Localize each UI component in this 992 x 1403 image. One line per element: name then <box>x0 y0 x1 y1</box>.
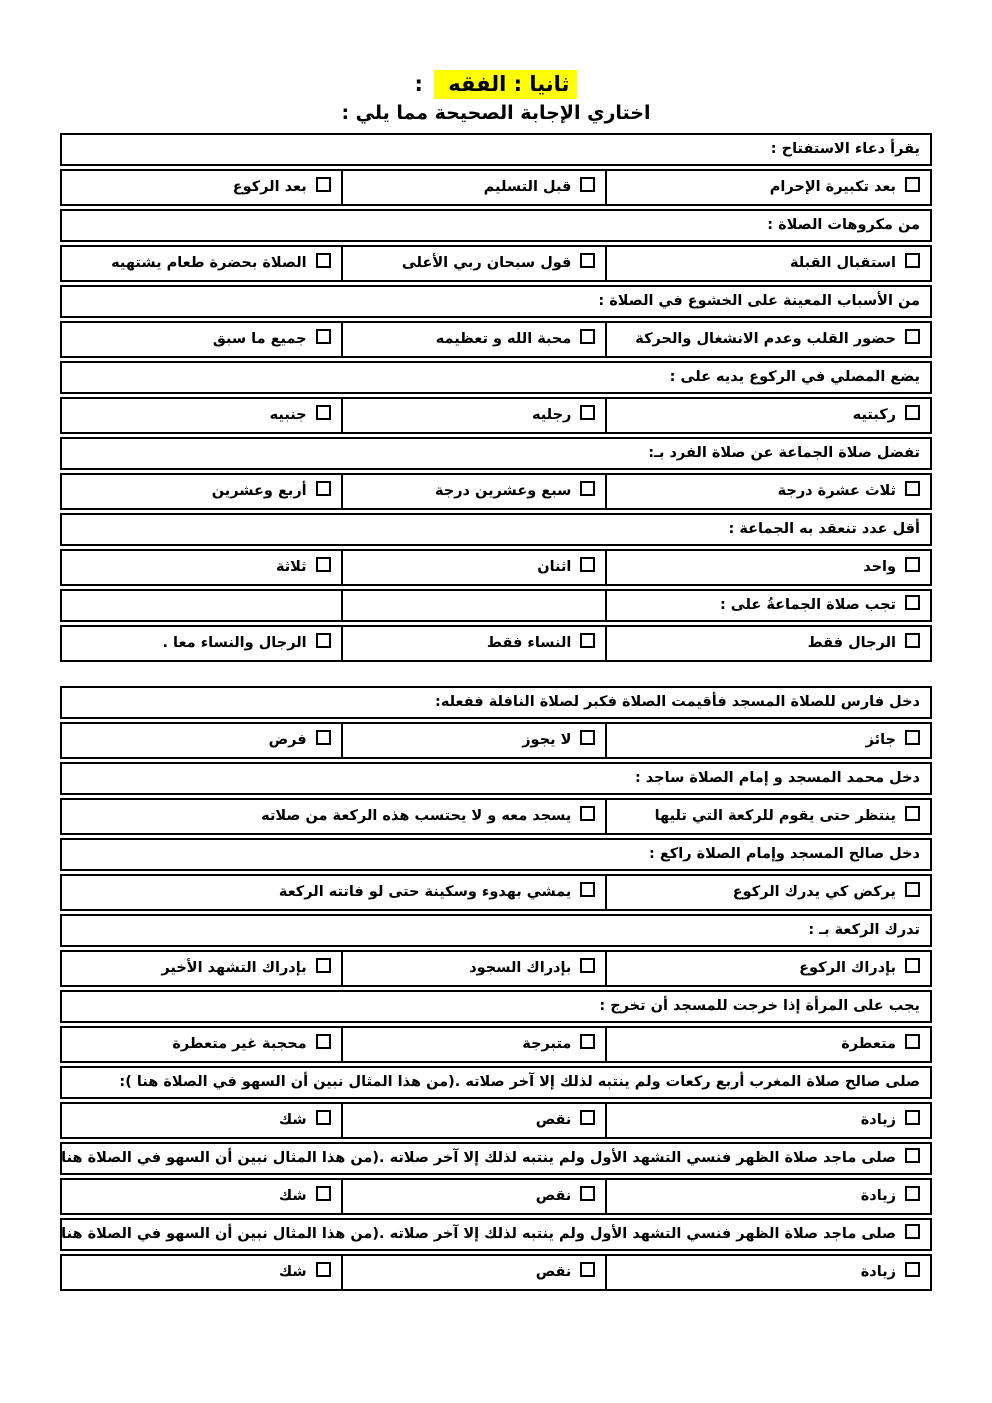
question-cell: من الأسباب المعينة على الخشوع في الصلاة … <box>62 287 930 316</box>
answer-option: يمشي بهدوء وسكينة حتى لو فاتته الركعة <box>62 876 605 909</box>
checkbox-icon[interactable] <box>905 1262 920 1277</box>
checkbox-icon[interactable] <box>580 557 595 572</box>
answer-label: متعطرة <box>841 1036 896 1052</box>
answer-option: جنبيه <box>62 399 341 432</box>
checkbox-icon[interactable] <box>905 177 920 192</box>
question-cell: تدرك الركعة بـ : <box>62 916 930 945</box>
answer-option: يسجد معه و لا يحتسب هذه الركعة من صلاته <box>62 800 605 833</box>
answers-row: زيادةنقصشك <box>60 1178 932 1215</box>
answer-option: ثلاث عشرة درجة <box>605 475 930 508</box>
question-cell: دخل فارس للصلاة المسجد فأقيمت الصلاة فكب… <box>62 688 930 717</box>
checkbox-icon[interactable] <box>580 730 595 745</box>
checkbox-icon[interactable] <box>316 557 331 572</box>
answers-row: حضور القلب وعدم الانشغال والحركةمحبة الل… <box>60 321 932 358</box>
checkbox-icon[interactable] <box>905 595 920 610</box>
checkbox-icon[interactable] <box>316 1110 331 1125</box>
answer-option: أربع وعشرين <box>62 475 341 508</box>
answer-label: واحد <box>863 559 896 575</box>
question-text: صلى صالح صلاة المغرب أربع ركعات ولم ينتب… <box>119 1074 920 1090</box>
answer-option: حضور القلب وعدم الانشغال والحركة <box>605 323 930 356</box>
answer-option: لا يجوز <box>341 724 606 757</box>
question-text: تدرك الركعة بـ : <box>808 922 920 938</box>
question-row: يضع المصلي في الركوع يديه على : <box>60 361 932 394</box>
answer-option: نقص <box>341 1256 606 1289</box>
quiz-table-2: دخل فارس للصلاة المسجد فأقيمت الصلاة فكب… <box>60 686 932 1291</box>
answer-label: ركبتيه <box>853 407 896 423</box>
answers-row: جائزلا يجوزفرض <box>60 722 932 759</box>
checkbox-icon[interactable] <box>580 177 595 192</box>
answer-label: سبع وعشرين درجة <box>435 483 571 499</box>
checkbox-icon[interactable] <box>316 177 331 192</box>
checkbox-icon[interactable] <box>580 1034 595 1049</box>
question-cell: دخل صالح المسجد وإمام الصلاة راكع : <box>62 840 930 869</box>
question-text: يجب على المرأة إذا خرجت للمسجد أن تخرج : <box>599 998 920 1014</box>
checkbox-icon[interactable] <box>905 1224 920 1239</box>
answer-option: جائز <box>605 724 930 757</box>
checkbox-icon[interactable] <box>580 329 595 344</box>
checkbox-icon[interactable] <box>580 481 595 496</box>
checkbox-icon[interactable] <box>316 633 331 648</box>
question-cell: تجب صلاة الجماعةُ على : <box>605 591 930 620</box>
question-row: دخل محمد المسجد و إمام الصلاة ساجد : <box>60 762 932 795</box>
checkbox-icon[interactable] <box>580 958 595 973</box>
answer-option: فرض <box>62 724 341 757</box>
answer-label: الرجال فقط <box>808 635 896 651</box>
question-cell: يقرأ دعاء الاستفتاح : <box>62 135 930 164</box>
question-cell: من مكروهات الصلاة : <box>62 211 930 240</box>
answer-option: شك <box>62 1180 341 1213</box>
checkbox-icon[interactable] <box>905 806 920 821</box>
question-text: يقرأ دعاء الاستفتاح : <box>771 141 920 157</box>
answer-option: متعطرة <box>605 1028 930 1061</box>
question-row: من مكروهات الصلاة : <box>60 209 932 242</box>
checkbox-icon[interactable] <box>316 1034 331 1049</box>
checkbox-icon[interactable] <box>905 882 920 897</box>
question-cell: صلى صالح صلاة المغرب أربع ركعات ولم ينتب… <box>62 1068 930 1097</box>
question-row: تجب صلاة الجماعةُ على : <box>60 589 932 622</box>
answer-label: استقبال القبلة <box>790 255 896 271</box>
answer-label: شك <box>279 1112 307 1128</box>
question-row: دخل صالح المسجد وإمام الصلاة راكع : <box>60 838 932 871</box>
answer-label: زيادة <box>861 1264 896 1280</box>
checkbox-icon[interactable] <box>580 253 595 268</box>
answer-option: بإدراك التشهد الأخير <box>62 952 341 985</box>
answer-label: يسجد معه و لا يحتسب هذه الركعة من صلاته <box>261 808 571 824</box>
answers-row: بإدراك الركوعبإدراك السجودبإدراك التشهد … <box>60 950 932 987</box>
answer-label: نقص <box>536 1112 572 1128</box>
question-text: أقل عدد تنعقد به الجماعة : <box>729 521 921 537</box>
checkbox-icon[interactable] <box>905 958 920 973</box>
answer-label: متبرجة <box>522 1036 571 1052</box>
empty-cell <box>341 591 606 620</box>
answer-option: محبة الله و تعظيمه <box>341 323 606 356</box>
checkbox-icon[interactable] <box>905 1186 920 1201</box>
checkbox-icon[interactable] <box>316 481 331 496</box>
question-row: يجب على المرأة إذا خرجت للمسجد أن تخرج : <box>60 990 932 1023</box>
answer-option: استقبال القبلة <box>605 247 930 280</box>
answer-label: بإدراك التشهد الأخير <box>161 960 306 976</box>
answers-row: واحداثنانثلاثة <box>60 549 932 586</box>
answer-label: لا يجوز <box>522 732 571 748</box>
answers-row: يركض كي يدرك الركوعيمشي بهدوء وسكينة حتى… <box>60 874 932 911</box>
checkbox-icon[interactable] <box>905 1110 920 1125</box>
question-row: صلى صالح صلاة المغرب أربع ركعات ولم ينتب… <box>60 1066 932 1099</box>
answer-label: جنبيه <box>270 407 307 423</box>
answer-option: بعد تكبيرة الإحرام <box>605 171 930 204</box>
answers-row: متعطرةمتبرجةمحجبة غير متعطرة <box>60 1026 932 1063</box>
answer-option: الرجال والنساء معا . <box>62 627 341 660</box>
answer-label: زيادة <box>861 1188 896 1204</box>
answer-label: اثنان <box>537 559 571 575</box>
answer-label: شك <box>279 1188 307 1204</box>
question-row: صلى ماجد صلاة الظهر فنسي التشهد الأول ول… <box>60 1218 932 1251</box>
answer-label: جائز <box>866 732 896 748</box>
answer-label: جميع ما سبق <box>213 331 307 347</box>
question-text: تجب صلاة الجماعةُ على : <box>720 597 896 613</box>
answer-option: بعد الركوع <box>62 171 341 204</box>
question-text: صلى ماجد صلاة الظهر فنسي التشهد الأول ول… <box>62 1150 896 1166</box>
answer-label: محبة الله و تعظيمه <box>436 331 572 347</box>
answer-label: النساء فقط <box>487 635 571 651</box>
answer-option: نقص <box>341 1104 606 1137</box>
page-subtitle: اختاري الإجابة الصحيحة مما يلي : <box>0 102 992 124</box>
answer-label: الصلاة بحضرة طعام يشتهيه <box>111 255 307 271</box>
checkbox-icon[interactable] <box>316 329 331 344</box>
answer-label: قبل التسليم <box>484 179 572 195</box>
page-header: ثانيا : الفقه : اختاري الإجابة الصحيحة م… <box>0 0 992 124</box>
checkbox-icon[interactable] <box>905 1034 920 1049</box>
question-row: أقل عدد تنعقد به الجماعة : <box>60 513 932 546</box>
answer-label: فرض <box>269 732 307 748</box>
checkbox-icon[interactable] <box>905 633 920 648</box>
answer-option: زيادة <box>605 1256 930 1289</box>
answer-option: قول سبحان ربي الأعلى <box>341 247 606 280</box>
answer-option: متبرجة <box>341 1028 606 1061</box>
checkbox-icon[interactable] <box>905 481 920 496</box>
answer-label: حضور القلب وعدم الانشغال والحركة <box>635 331 896 347</box>
answer-option: قبل التسليم <box>341 171 606 204</box>
answers-row: ينتظر حتى يقوم للركعة التي تليهايسجد معه… <box>60 798 932 835</box>
checkbox-icon[interactable] <box>316 958 331 973</box>
answer-option: النساء فقط <box>341 627 606 660</box>
answer-option: يركض كي يدرك الركوع <box>605 876 930 909</box>
question-cell: يضع المصلي في الركوع يديه على : <box>62 363 930 392</box>
checkbox-icon[interactable] <box>580 882 595 897</box>
question-text: دخل فارس للصلاة المسجد فأقيمت الصلاة فكب… <box>435 694 920 710</box>
answers-row: زيادةنقصشك <box>60 1254 932 1291</box>
answer-label: نقص <box>536 1264 572 1280</box>
answer-label: قول سبحان ربي الأعلى <box>402 255 571 271</box>
question-text: من الأسباب المعينة على الخشوع في الصلاة … <box>598 293 920 309</box>
answer-option: ثلاثة <box>62 551 341 584</box>
answer-label: ثلاث عشرة درجة <box>778 483 896 499</box>
answer-label: الرجال والنساء معا . <box>163 635 307 651</box>
question-row: تفضل صلاة الجماعة عن صلاة الفرد بـ: <box>60 437 932 470</box>
checkbox-icon[interactable] <box>580 1186 595 1201</box>
question-text: دخل محمد المسجد و إمام الصلاة ساجد : <box>635 770 920 786</box>
title-suffix: : <box>415 72 427 96</box>
answer-label: نقص <box>536 1188 572 1204</box>
question-text: يضع المصلي في الركوع يديه على : <box>670 369 920 385</box>
answer-label: بإدراك الركوع <box>799 960 896 976</box>
answer-option: جميع ما سبق <box>62 323 341 356</box>
answers-row: ثلاث عشرة درجةسبع وعشرين درجةأربع وعشرين <box>60 473 932 510</box>
answer-option: اثنان <box>341 551 606 584</box>
question-text: تفضل صلاة الجماعة عن صلاة الفرد بـ: <box>648 445 920 461</box>
answer-label: بإدراك السجود <box>469 960 571 976</box>
answer-option: بإدراك الركوع <box>605 952 930 985</box>
answer-label: يمشي بهدوء وسكينة حتى لو فاتته الركعة <box>279 884 572 900</box>
answer-label: يركض كي يدرك الركوع <box>733 884 896 900</box>
answer-label: ينتظر حتى يقوم للركعة التي تليها <box>655 808 896 824</box>
question-text: من مكروهات الصلاة : <box>767 217 920 233</box>
checkbox-icon[interactable] <box>316 253 331 268</box>
checkbox-icon[interactable] <box>905 557 920 572</box>
question-row: من الأسباب المعينة على الخشوع في الصلاة … <box>60 285 932 318</box>
answers-row: الرجال فقطالنساء فقطالرجال والنساء معا . <box>60 625 932 662</box>
answer-label: أربع وعشرين <box>212 483 307 499</box>
question-row: يقرأ دعاء الاستفتاح : <box>60 133 932 166</box>
page-title: ثانيا : الفقه : <box>0 70 992 98</box>
answer-option: رجليه <box>341 399 606 432</box>
answer-label: زيادة <box>861 1112 896 1128</box>
worksheet-page: ثانيا : الفقه : اختاري الإجابة الصحيحة م… <box>0 0 992 1403</box>
question-cell: تفضل صلاة الجماعة عن صلاة الفرد بـ: <box>62 439 930 468</box>
question-row: صلى ماجد صلاة الظهر فنسي التشهد الأول ول… <box>60 1142 932 1175</box>
answer-option: زيادة <box>605 1104 930 1137</box>
answer-label: رجليه <box>532 407 571 423</box>
checkbox-icon[interactable] <box>580 806 595 821</box>
answer-label: محجبة غير متعطرة <box>172 1036 306 1052</box>
answer-label: بعد الركوع <box>233 179 307 195</box>
answer-option: شك <box>62 1256 341 1289</box>
question-row: تدرك الركعة بـ : <box>60 914 932 947</box>
answer-option: ركبتيه <box>605 399 930 432</box>
answer-label: بعد تكبيرة الإحرام <box>770 179 896 195</box>
checkbox-icon[interactable] <box>905 405 920 420</box>
answers-row: زيادةنقصشك <box>60 1102 932 1139</box>
question-cell: صلى ماجد صلاة الظهر فنسي التشهد الأول ول… <box>62 1144 930 1173</box>
answer-option: محجبة غير متعطرة <box>62 1028 341 1061</box>
title-highlight: ثانيا : الفقه <box>434 70 577 99</box>
quiz-table-1: يقرأ دعاء الاستفتاح :بعد تكبيرة الإحرامق… <box>60 133 932 662</box>
answer-option: زيادة <box>605 1180 930 1213</box>
answers-row: استقبال القبلةقول سبحان ربي الأعلىالصلاة… <box>60 245 932 282</box>
answer-label: شك <box>279 1264 307 1280</box>
checkbox-icon[interactable] <box>580 633 595 648</box>
checkbox-icon[interactable] <box>316 405 331 420</box>
answer-option: شك <box>62 1104 341 1137</box>
answer-option: سبع وعشرين درجة <box>341 475 606 508</box>
checkbox-icon[interactable] <box>905 730 920 745</box>
answer-option: واحد <box>605 551 930 584</box>
answer-option: الرجال فقط <box>605 627 930 660</box>
checkbox-icon[interactable] <box>905 253 920 268</box>
checkbox-icon[interactable] <box>316 1186 331 1201</box>
checkbox-icon[interactable] <box>905 329 920 344</box>
checkbox-icon[interactable] <box>580 1262 595 1277</box>
question-text: صلى ماجد صلاة الظهر فنسي التشهد الأول ول… <box>62 1226 896 1242</box>
question-cell: دخل محمد المسجد و إمام الصلاة ساجد : <box>62 764 930 793</box>
empty-cell <box>62 591 341 620</box>
checkbox-icon[interactable] <box>316 730 331 745</box>
checkbox-icon[interactable] <box>316 1262 331 1277</box>
question-cell: أقل عدد تنعقد به الجماعة : <box>62 515 930 544</box>
answer-option: ينتظر حتى يقوم للركعة التي تليها <box>605 800 930 833</box>
question-text: دخل صالح المسجد وإمام الصلاة راكع : <box>649 846 920 862</box>
checkbox-icon[interactable] <box>580 405 595 420</box>
answer-option: بإدراك السجود <box>341 952 606 985</box>
answer-label: ثلاثة <box>276 559 307 575</box>
checkbox-icon[interactable] <box>905 1148 920 1163</box>
question-row: دخل فارس للصلاة المسجد فأقيمت الصلاة فكب… <box>60 686 932 719</box>
question-cell: صلى ماجد صلاة الظهر فنسي التشهد الأول ول… <box>62 1220 930 1249</box>
question-cell: يجب على المرأة إذا خرجت للمسجد أن تخرج : <box>62 992 930 1021</box>
answer-option: نقص <box>341 1180 606 1213</box>
answer-option: الصلاة بحضرة طعام يشتهيه <box>62 247 341 280</box>
checkbox-icon[interactable] <box>580 1110 595 1125</box>
answers-row: ركبتيهرجليهجنبيه <box>60 397 932 434</box>
answers-row: بعد تكبيرة الإحرامقبل التسليمبعد الركوع <box>60 169 932 206</box>
